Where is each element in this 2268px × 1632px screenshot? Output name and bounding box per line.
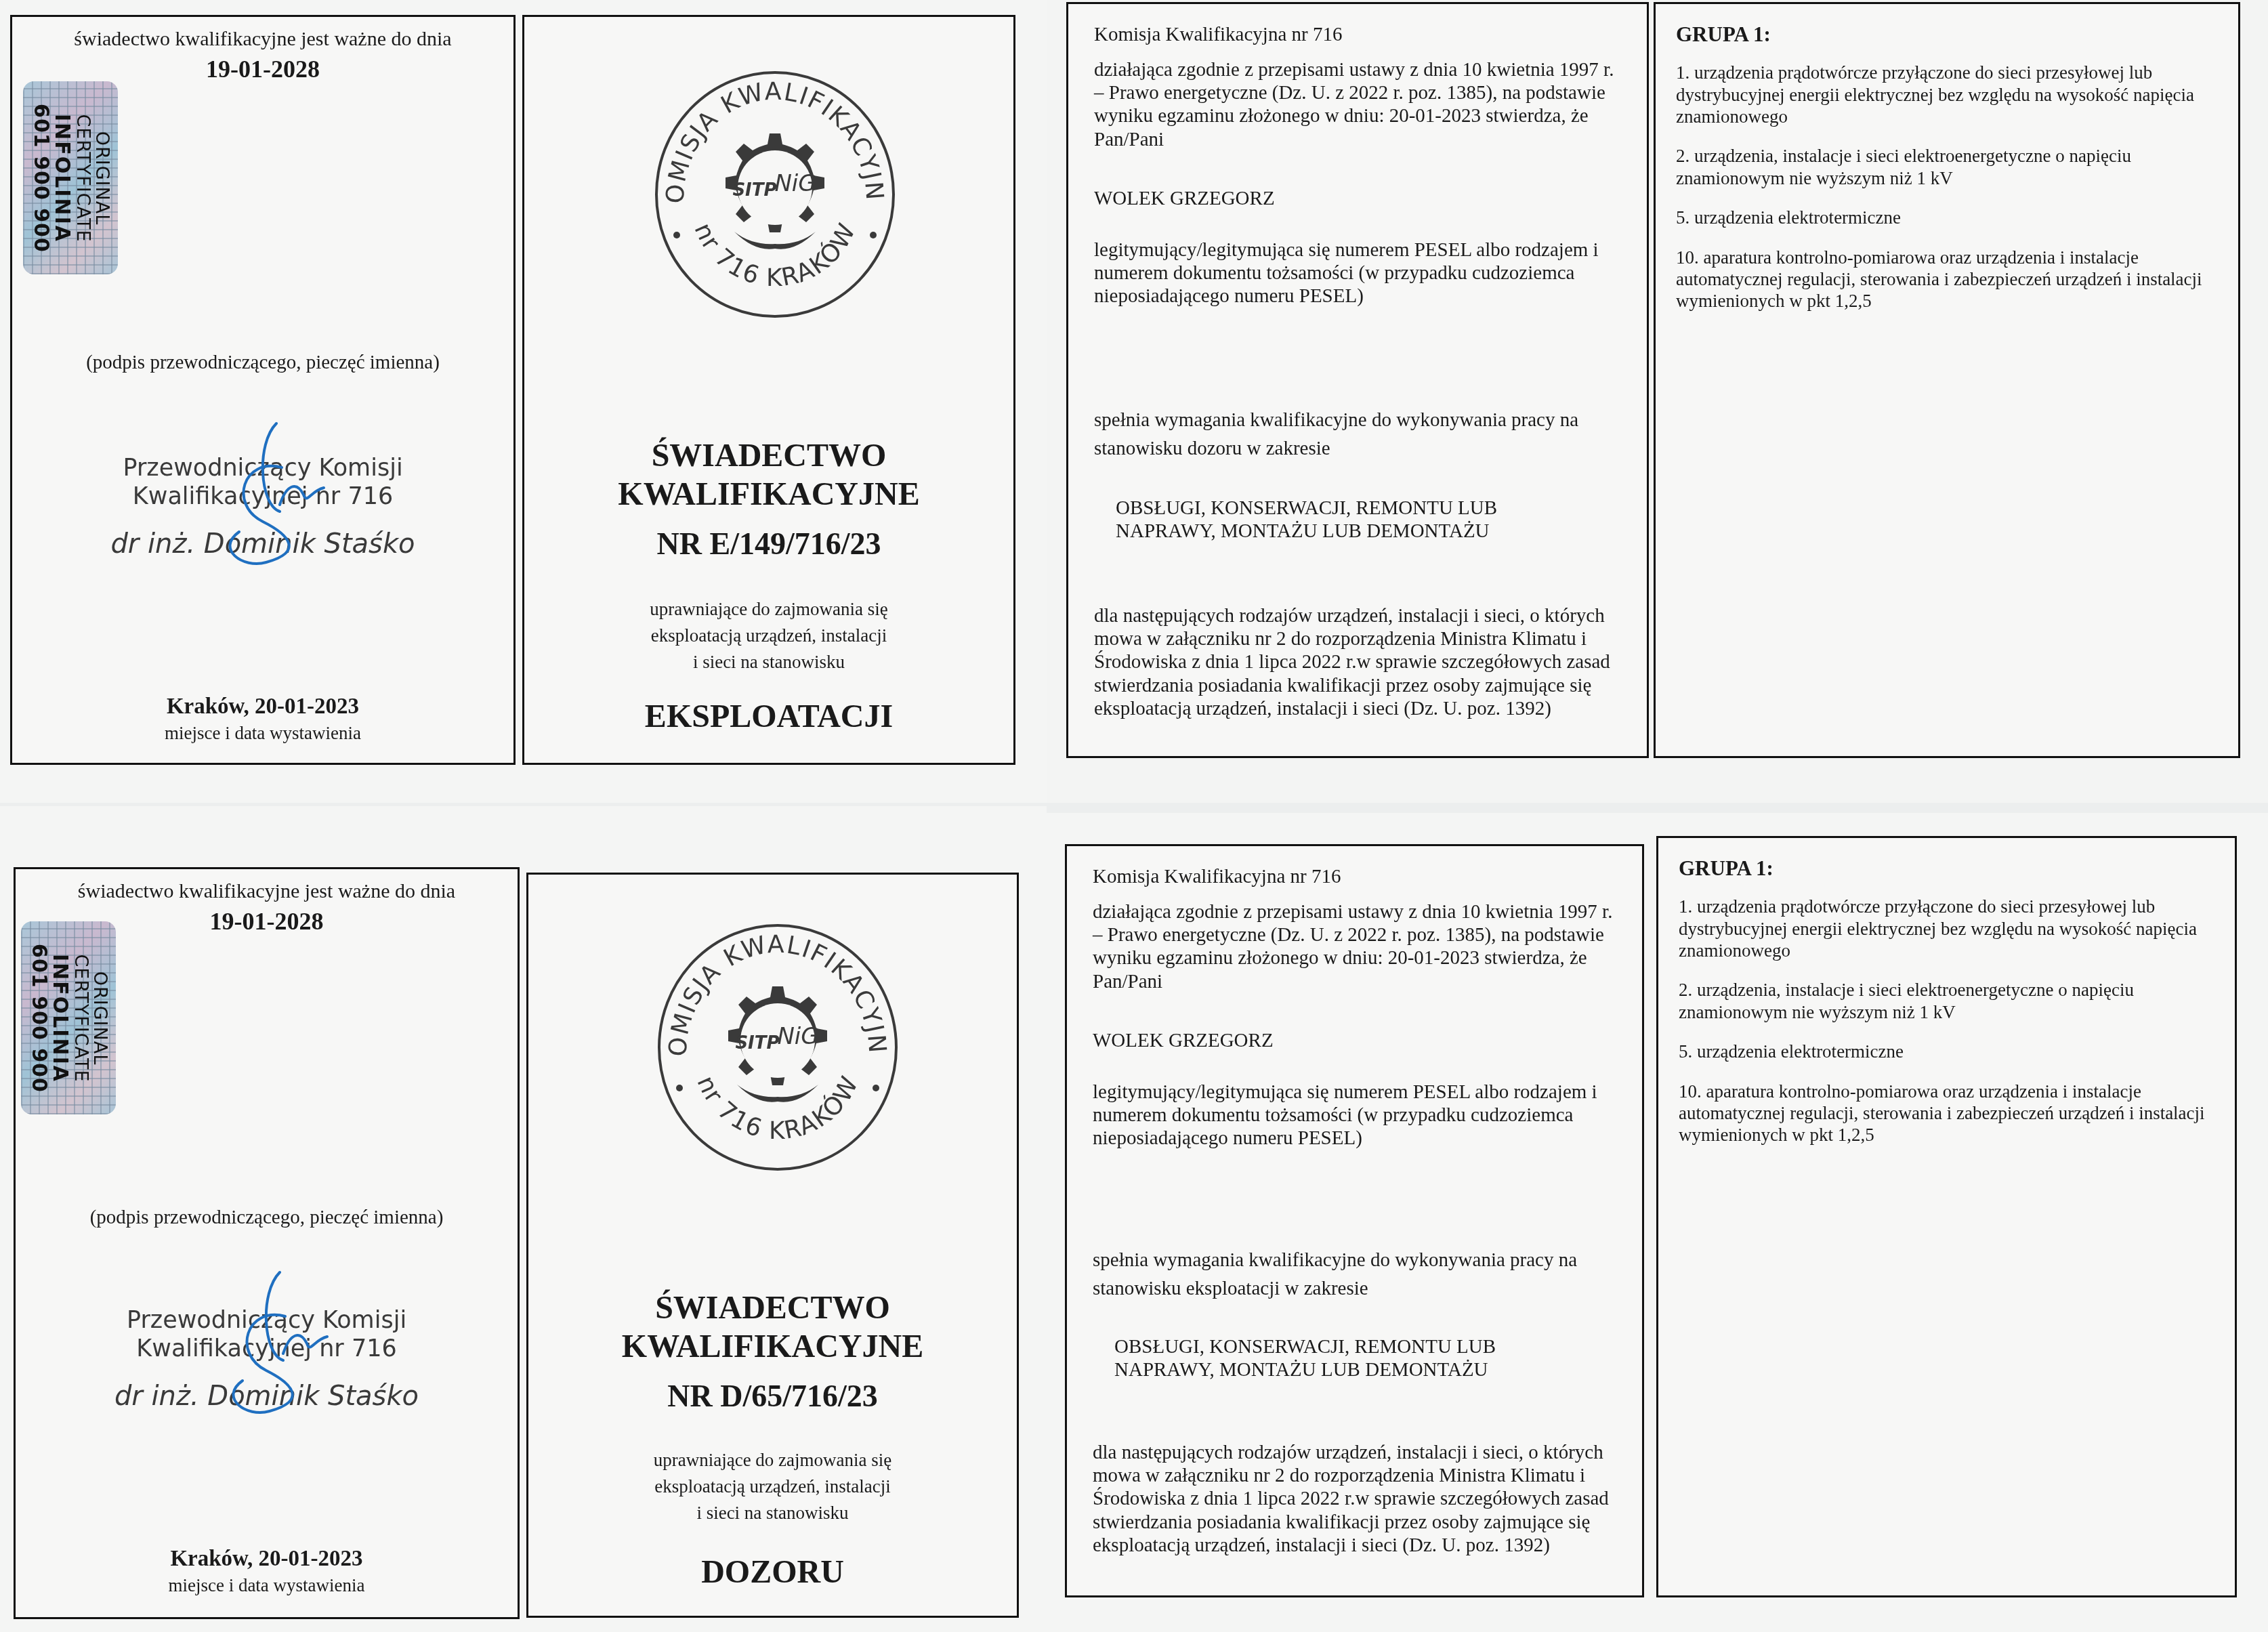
- cover-subtitle-line3: i sieci na stanowisku: [524, 649, 1013, 675]
- validity-label: świadectwo kwalifikacyjne jest ważne do …: [16, 880, 518, 903]
- group-item: 2. urządzenia, instalacje i sieci elektr…: [1676, 145, 2218, 189]
- hologram-sticker: ORIGINAL CERTYFICATE INFOLINIA 601 900 9…: [23, 81, 118, 274]
- hologram-text: ORIGINAL CERTYFICATE INFOLINIA 601 900 9…: [28, 944, 109, 1093]
- handwritten-signature-icon: [205, 1252, 354, 1428]
- scope-text: OBSŁUGI, KONSERWACJI, REMONTU LUB NAPRAW…: [1114, 1335, 1595, 1381]
- signature-caption: (podpis przewodniczącego, pieczęć imienn…: [16, 1207, 518, 1229]
- validity-date: 19-01-2028: [12, 55, 513, 83]
- cover-panel: KOMISJA KWALIFIKACYJNA nr 716 KRAKÓW SIT…: [526, 873, 1019, 1618]
- group-title: GRUPA 1:: [1679, 856, 2214, 881]
- hologram-line-phone: 601 900 900: [30, 104, 51, 253]
- cover-panel: KOMISJA KWALIFIKACYJNA nr 716 KRAKÓW SIT…: [522, 15, 1015, 765]
- cover-title-line1: ŚWIADECTWO: [528, 1289, 1017, 1328]
- cover-title-line2: KWALIFIKACYJNE: [524, 476, 1013, 514]
- cover-position: EKSPLOATACJI: [524, 698, 1013, 735]
- legal-intro: działająca zgodnie z przepisami ustawy z…: [1093, 900, 1622, 993]
- validity-signature-panel: świadectwo kwalifikacyjne jest ważne do …: [10, 15, 516, 765]
- svg-text:SITP: SITP: [732, 180, 776, 201]
- issue-caption: miejsce i data wystawienia: [12, 723, 513, 744]
- group-item: 5. urządzenia elektrotermiczne: [1679, 1041, 2214, 1062]
- issue-caption: miejsce i data wystawienia: [16, 1575, 518, 1596]
- cover-position: DOZORU: [528, 1553, 1017, 1591]
- cover-subtitle: uprawniające do zajmowania się eksploata…: [524, 596, 1013, 675]
- group-item: 10. aparatura kontrolno-pomiarowa oraz u…: [1676, 247, 2218, 312]
- group-panel: GRUPA 1: 1. urządzenia prądotwórcze przy…: [1656, 836, 2237, 1597]
- cover-title: ŚWIADECTWO KWALIFIKACYJNE NR E/149/716/2…: [524, 437, 1013, 563]
- committee-seal-icon: KOMISJA KWALIFIKACYJNA nr 716 KRAKÓW SIT…: [649, 919, 906, 1176]
- identity-text: legitymujący/legitymująca się numerem PE…: [1093, 1081, 1622, 1150]
- cover-subtitle-line2: eksploatacją urządzeń, instalacji: [524, 623, 1013, 649]
- group-panel: GRUPA 1: 1. urządzenia prądotwórcze przy…: [1654, 2, 2240, 758]
- svg-text:SITP: SITP: [735, 1033, 779, 1053]
- holder-name: WOLEK GRZEGORZ: [1094, 187, 1626, 210]
- legal-intro: działająca zgodnie z przepisami ustawy z…: [1094, 58, 1626, 151]
- group-title: GRUPA 1:: [1676, 22, 2218, 47]
- legal-basis: dla następujących rodzajów urządzeń, ins…: [1093, 1441, 1622, 1557]
- group-item: 1. urządzenia prądotwórcze przyłączone d…: [1679, 896, 2214, 961]
- hologram-line-certyficate: CERTYFICATE: [72, 104, 91, 253]
- cover-subtitle-line2: eksploatacją urządzeń, instalacji: [528, 1473, 1017, 1500]
- group-item: 1. urządzenia prądotwórcze przyłączone d…: [1676, 62, 2218, 127]
- group-item: 10. aparatura kontrolno-pomiarowa oraz u…: [1679, 1081, 2214, 1146]
- scope-text: OBSŁUGI, KONSERWACJI, REMONTU LUB NAPRAW…: [1116, 497, 1599, 543]
- cover-subtitle-line3: i sieci na stanowisku: [528, 1500, 1017, 1526]
- identity-text: legitymujący/legitymująca się numerem PE…: [1094, 238, 1626, 308]
- cover-subtitle-line1: uprawniające do zajmowania się: [524, 596, 1013, 623]
- validity-signature-panel: świadectwo kwalifikacyjne jest ważne do …: [14, 867, 520, 1619]
- cover-title-line1: ŚWIADECTWO: [524, 437, 1013, 476]
- svg-text:NiG: NiG: [774, 170, 816, 197]
- cover-subtitle: uprawniające do zajmowania się eksploata…: [528, 1447, 1017, 1526]
- hologram-line-original: ORIGINAL: [92, 104, 111, 253]
- inside-text-panel: Komisja Kwalifikacyjna nr 716 działająca…: [1066, 2, 1649, 758]
- committee-heading: Komisja Kwalifikacyjna nr 716: [1093, 865, 1622, 888]
- requirement-text: spełnia wymagania kwalifikacyjne do wyko…: [1093, 1246, 1622, 1303]
- issue-place-date: Kraków, 20-01-2023: [12, 694, 513, 719]
- cover-title-line2: KWALIFIKACYJNE: [528, 1328, 1017, 1366]
- group-list: GRUPA 1: 1. urządzenia prądotwórcze przy…: [1679, 856, 2214, 1164]
- hologram-sticker: ORIGINAL CERTYFICATE INFOLINIA 601 900 9…: [21, 921, 116, 1114]
- hologram-line-certyficate: CERTYFICATE: [70, 944, 89, 1093]
- issue-place-date: Kraków, 20-01-2023: [16, 1547, 518, 1572]
- committee-heading: Komisja Kwalifikacyjna nr 716: [1094, 23, 1626, 46]
- certificate-number: NR E/149/716/23: [524, 526, 1013, 562]
- hologram-line-original: ORIGINAL: [90, 944, 109, 1093]
- group-item: 2. urządzenia, instalacje i sieci elektr…: [1679, 979, 2214, 1023]
- group-list: GRUPA 1: 1. urządzenia prądotwórcze przy…: [1676, 22, 2218, 330]
- handwritten-signature-icon: [202, 403, 351, 579]
- requirement-text: spełnia wymagania kwalifikacyjne do wyko…: [1094, 406, 1626, 463]
- certificate-number: NR D/65/716/23: [528, 1378, 1017, 1415]
- inside-text-panel: Komisja Kwalifikacyjna nr 716 działająca…: [1065, 844, 1644, 1597]
- group-item: 5. urządzenia elektrotermiczne: [1676, 207, 2218, 228]
- holder-name: WOLEK GRZEGORZ: [1093, 1029, 1622, 1052]
- svg-text:NiG: NiG: [777, 1023, 818, 1050]
- validity-label: świadectwo kwalifikacyjne jest ważne do …: [12, 28, 513, 51]
- legal-basis: dla następujących rodzajów urządzeń, ins…: [1094, 604, 1626, 720]
- hologram-line-infolinia: INFOLINIA: [49, 944, 71, 1093]
- hologram-line-phone: 601 900 900: [28, 944, 49, 1093]
- signature-caption: (podpis przewodniczącego, pieczęć imienn…: [12, 352, 513, 374]
- cover-subtitle-line1: uprawniające do zajmowania się: [528, 1447, 1017, 1473]
- hologram-line-infolinia: INFOLINIA: [51, 104, 73, 253]
- hologram-text: ORIGINAL CERTYFICATE INFOLINIA 601 900 9…: [30, 104, 111, 253]
- cover-title: ŚWIADECTWO KWALIFIKACYJNE NR D/65/716/23: [528, 1289, 1017, 1415]
- committee-seal-icon: KOMISJA KWALIFIKACYJNA nr 716 KRAKÓW SIT…: [646, 66, 904, 323]
